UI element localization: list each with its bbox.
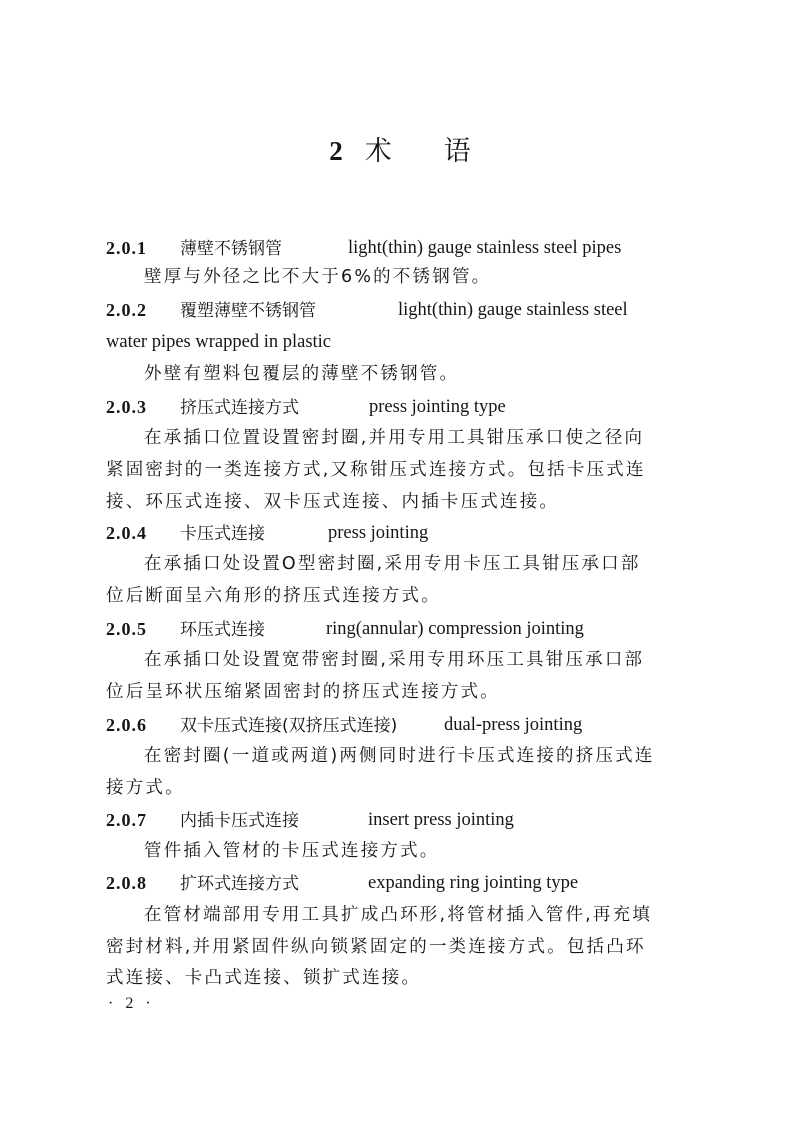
clause-definition: 在密封圈(一道或两道)两侧同时进行卡压式连接的挤压式连 [144,744,734,768]
clause-number: 2.0.3 [106,395,180,419]
definition-line: 位后呈环状压缩紧固密封的挤压式连接方式。 [106,682,500,702]
definition-line: 在密封圈(一道或两道)两侧同时进行卡压式连接的挤压式连 [144,746,655,766]
term-chinese: 内插卡压式连接 [180,811,299,831]
clause-number: 2.0.7 [106,808,180,832]
term-english: dual-press jointing [444,713,582,737]
definition-line: 接方式。 [106,778,185,798]
term-english: light(thin) gauge stainless steel [398,298,628,322]
clause-number: 2.0.4 [106,521,180,545]
clause-heading: 2.0.3挤压式连接方式 press jointing type [106,395,696,420]
clause-heading: 2.0.8扩环式连接方式 expanding ring jointing typ… [106,871,696,896]
clause-definition: 管件插入管材的卡压式连接方式。 [144,839,734,863]
term-english: press jointing type [369,395,506,419]
chapter-title-char-1: 术 [365,136,392,167]
clause-number: 2.0.6 [106,713,180,737]
clause-number: 2.0.1 [106,236,180,260]
definition-line: 管件插入管材的卡压式连接方式。 [144,841,440,861]
clause-heading: 2.0.2覆塑薄壁不锈钢管 light(thin) gauge stainles… [106,298,696,323]
clause-heading: 2.0.6双卡压式连接(双挤压式连接) dual-press jointing [106,713,696,738]
term-chinese: 卡压式连接 [180,524,265,544]
clause-heading: 2.0.1薄壁不锈钢管 light(thin) gauge stainless … [106,236,696,261]
definition-line: 在管材端部用专用工具扩成凸环形,将管材插入管件,再充填 [144,905,652,925]
term-chinese: 覆塑薄壁不锈钢管 [180,301,316,321]
definition-line: 紧固密封的一类连接方式,又称钳压式连接方式。包括卡压式连 [106,460,646,480]
clause-definition: 密封材料,并用紧固件纵向锁紧固定的一类连接方式。包括凸环 [106,935,696,959]
term-english: light(thin) gauge stainless steel pipes [348,236,621,260]
term-english-continued: water pipes wrapped in plastic [106,330,696,354]
clause-heading: 2.0.4卡压式连接 press jointing [106,521,696,546]
term-english: expanding ring jointing type [368,871,578,895]
definition-line: 密封材料,并用紧固件纵向锁紧固定的一类连接方式。包括凸环 [106,937,646,957]
clause-definition: 紧固密封的一类连接方式,又称钳压式连接方式。包括卡压式连 [106,458,696,482]
definition-line: 在承插口处设置宽带密封圈,采用专用环压工具钳压承口部 [144,650,644,670]
chapter-title-char-2: 语 [444,136,471,167]
clause-definition: 在承插口处设置O型密封圈,采用专用卡压工具钳压承口部 [144,552,734,576]
term-english-cont: water pipes wrapped in plastic [106,332,331,352]
clause-heading: 2.0.7内插卡压式连接 insert press jointing [106,808,696,833]
definition-line: 式连接、卡凸式连接、锁扩式连接。 [106,968,421,988]
definition-line: 在承插口位置设置密封圈,并用专用工具钳压承口使之径向 [144,428,644,448]
term-chinese: 挤压式连接方式 [180,398,299,418]
definition-line: 外壁有塑料包覆层的薄壁不锈钢管。 [144,364,459,384]
definition-line: 位后断面呈六角形的挤压式连接方式。 [106,586,441,606]
term-english: insert press jointing [368,808,514,832]
term-chinese: 环压式连接 [180,620,265,640]
term-chinese: 双卡压式连接(双挤压式连接) [180,716,397,736]
term-chinese: 扩环式连接方式 [180,874,299,894]
clause-definition: 式连接、卡凸式连接、锁扩式连接。 [106,966,696,990]
definition-line: 接、环压式连接、双卡压式连接、内插卡压式连接。 [106,492,559,512]
clause-definition: 接方式。 [106,776,696,800]
clause-number: 2.0.5 [106,617,180,641]
page-number: · 2 · [108,995,155,1013]
term-chinese: 薄壁不锈钢管 [180,239,282,259]
clause-definition: 接、环压式连接、双卡压式连接、内插卡压式连接。 [106,490,696,514]
clause-number: 2.0.2 [106,298,180,322]
term-english: press jointing [328,521,428,545]
clause-definition: 位后断面呈六角形的挤压式连接方式。 [106,584,696,608]
definition-line: 在承插口处设置O型密封圈,采用专用卡压工具钳压承口部 [144,554,641,574]
clause-heading: 2.0.5环压式连接 ring(annular) compression joi… [106,617,696,642]
clause-definition: 在管材端部用专用工具扩成凸环形,将管材插入管件,再充填 [144,903,734,927]
chapter-number: 2 [329,136,343,166]
clause-definition: 壁厚与外径之比不大于6%的不锈钢管。 [144,265,734,289]
definition-line: 壁厚与外径之比不大于6%的不锈钢管。 [144,267,491,287]
clause-definition: 在承插口位置设置密封圈,并用专用工具钳压承口使之径向 [144,426,734,450]
clause-definition: 在承插口处设置宽带密封圈,采用专用环压工具钳压承口部 [144,648,734,672]
term-english: ring(annular) compression jointing [326,617,584,641]
chapter-title: 2术语 [0,133,800,170]
clause-definition: 位后呈环状压缩紧固密封的挤压式连接方式。 [106,680,696,704]
clause-definition: 外壁有塑料包覆层的薄壁不锈钢管。 [144,362,734,386]
clause-number: 2.0.8 [106,871,180,895]
document-page: 2术语 2.0.1薄壁不锈钢管 light(thin) gauge stainl… [0,0,800,1142]
